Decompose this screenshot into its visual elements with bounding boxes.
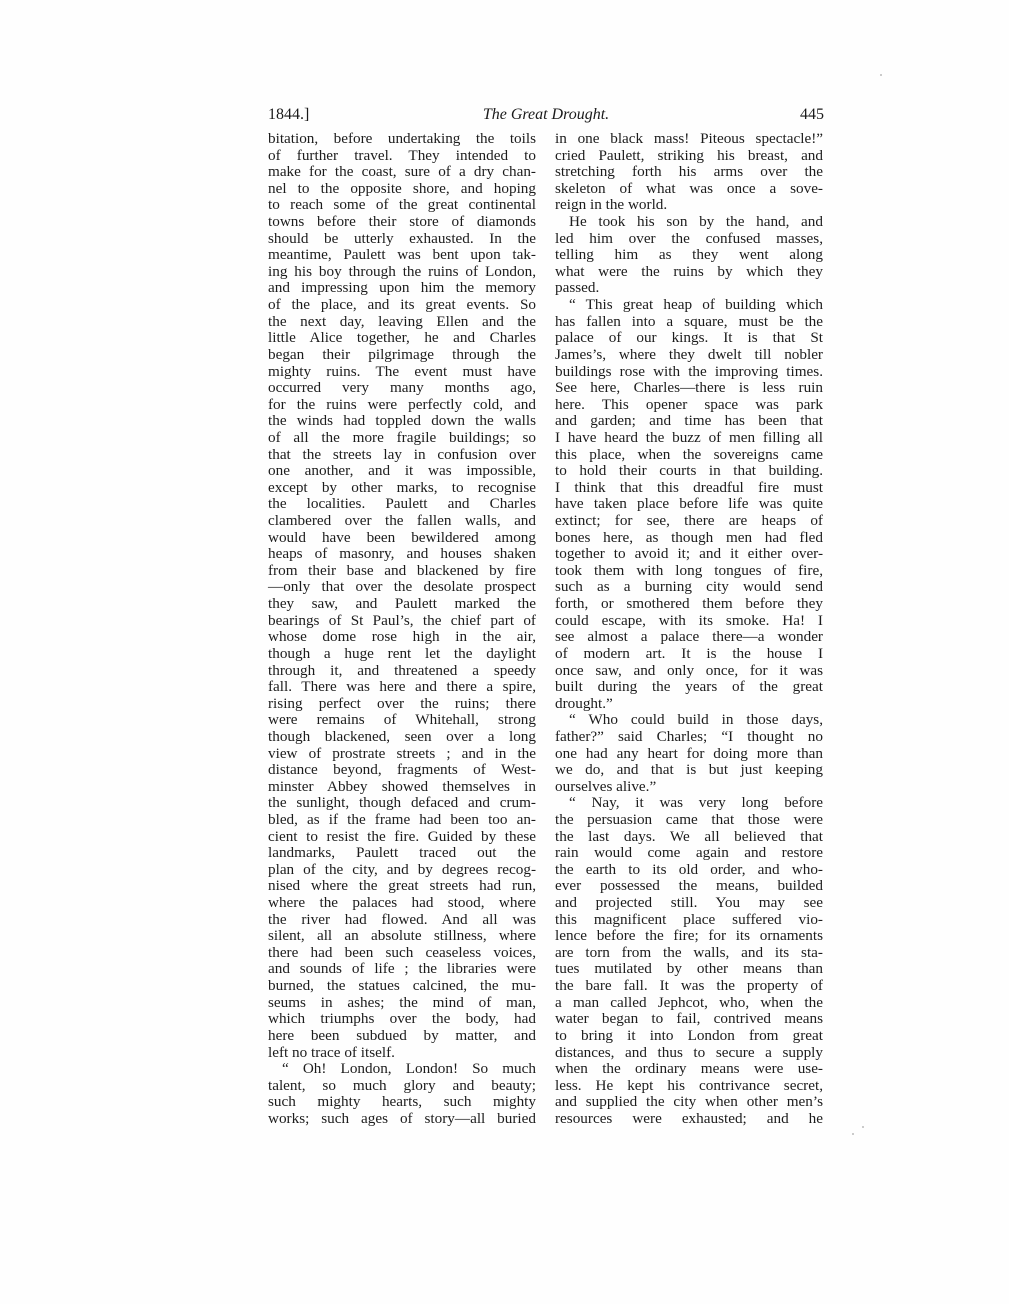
text-line: cried Paulett, striking his breast, and: [555, 148, 823, 165]
text-line: has fallen into a square, must be the: [555, 314, 823, 331]
text-line: “ Who could build in those days,: [555, 712, 823, 729]
header-title: The Great Drought.: [268, 106, 824, 124]
text-line: heaps of masonry, and houses shaken: [268, 546, 536, 563]
text-line: such as a burning city would send: [555, 579, 823, 596]
document-page: 1844.] The Great Drought. 445 bitation, …: [0, 0, 1009, 1304]
text-line: forth, or smothered them before they: [555, 596, 823, 613]
text-line: works; such ages of story—all buried: [268, 1111, 536, 1128]
text-line: to hold their courts in that building.: [555, 463, 823, 480]
text-line: there had been such ceaseless voices,: [268, 945, 536, 962]
text-line: from their base and blackened by fire: [268, 563, 536, 580]
text-line: and garden; and time has been that: [555, 413, 823, 430]
right-text-column: in one black mass! Piteous spectacle!”cr…: [555, 131, 823, 1128]
text-line: this magnificent place suffered vio-: [555, 912, 823, 929]
text-line: mighty ruins. The event must have: [268, 364, 536, 381]
text-line: this place, when the sovereigns came: [555, 447, 823, 464]
text-line: silent, all an absolute stillness, where: [268, 928, 536, 945]
text-line: we do, and that is but just keeping: [555, 762, 823, 779]
text-line: which triumphs over the body, had: [268, 1011, 536, 1028]
text-line: occurred very many months ago,: [268, 380, 536, 397]
text-line: to bring it into London from great: [555, 1028, 823, 1045]
text-line: ever possessed the means, builded: [555, 878, 823, 895]
text-line: the bare fall. It was the property of: [555, 978, 823, 995]
text-line: ourselves alive.”: [555, 779, 823, 796]
text-line: of the place, and its great events. So: [268, 297, 536, 314]
text-line: for the ruins were perfectly cold, and: [268, 397, 536, 414]
text-line: buildings rose with the improving times.: [555, 364, 823, 381]
text-line: of all the more fragile buildings; so: [268, 430, 536, 447]
page-number: 445: [800, 106, 824, 124]
text-line: would have been bewildered among: [268, 530, 536, 547]
text-line: the river had flowed. And all was: [268, 912, 536, 929]
text-line: except by other marks, to recognise: [268, 480, 536, 497]
text-line: where the palaces had stood, where: [268, 895, 536, 912]
text-line: that the streets lay in confusion over: [268, 447, 536, 464]
text-line: one had any heart for doing more than: [555, 746, 823, 763]
text-line: father?” said Charles; “I thought no: [555, 729, 823, 746]
text-line: of modern art. It is the house I: [555, 646, 823, 663]
text-line: water began to fail, contrived means: [555, 1011, 823, 1028]
text-line: “ Nay, it was very long before: [555, 795, 823, 812]
text-line: and projected still. You may see: [555, 895, 823, 912]
text-line: burned, the statues calcined, the mu-: [268, 978, 536, 995]
text-line: clambered over the fallen walls, and: [268, 513, 536, 530]
text-line: passed.: [555, 280, 823, 297]
text-line: the last days. We all believed that: [555, 829, 823, 846]
text-line: to reach some of the great continental: [268, 197, 536, 214]
text-line: rising perfect over the ruins; there: [268, 696, 536, 713]
text-line: here been subdued by matter, and: [268, 1028, 536, 1045]
text-line: the winds had toppled down the walls: [268, 413, 536, 430]
text-line: ing his boy through the ruins of London,: [268, 264, 536, 281]
text-line: I think that this dreadful fire must: [555, 480, 823, 497]
text-line: a man called Jephcot, who, when the: [555, 995, 823, 1012]
text-line: seums in ashes; the mind of man,: [268, 995, 536, 1012]
text-line: the sunlight, though defaced and crum-: [268, 795, 536, 812]
text-line: plan of the city, and by degrees recog-: [268, 862, 536, 879]
text-line: nel to the opposite shore, and hoping: [268, 181, 536, 198]
text-line: meantime, Paulett was bent upon tak-: [268, 247, 536, 264]
text-line: together to avoid it; and it either over…: [555, 546, 823, 563]
text-line: resources were exhausted; and he: [555, 1111, 823, 1128]
text-line: and sounds of life ; the libraries were: [268, 961, 536, 978]
text-line: began their pilgrimage through the: [268, 347, 536, 364]
text-line: here. This opener space was park: [555, 397, 823, 414]
text-line: the localities. Paulett and Charles: [268, 496, 536, 513]
text-line: the persuasion came that those were: [555, 812, 823, 829]
text-line: I have heard the buzz of men filling all: [555, 430, 823, 447]
text-line: reign in the world.: [555, 197, 823, 214]
text-line: tues mutilated by other means than: [555, 961, 823, 978]
text-line: talent, so much glory and beauty;: [268, 1078, 536, 1095]
running-header: 1844.] The Great Drought. 445: [268, 106, 824, 126]
text-line: the next day, leaving Ellen and the: [268, 314, 536, 331]
text-line: should be utterly exhausted. In the: [268, 231, 536, 248]
text-line: of further travel. They intended to: [268, 148, 536, 165]
text-line: He took his son by the hand, and: [555, 214, 823, 231]
text-line: towns before their store of diamonds: [268, 214, 536, 231]
text-line: fall. There was here and there a spire,: [268, 679, 536, 696]
text-line: though a huge rent let the daylight: [268, 646, 536, 663]
text-line: bled, as if the frame had been too an-: [268, 812, 536, 829]
text-line: in one black mass! Piteous spectacle!”: [555, 131, 823, 148]
scan-speck: [880, 74, 882, 76]
text-line: extinct; for see, there are heaps of: [555, 513, 823, 530]
text-line: led him over the confused masses,: [555, 231, 823, 248]
text-line: were remains of Whitehall, strong: [268, 712, 536, 729]
text-line: view of prostrate streets ; and in the: [268, 746, 536, 763]
text-line: took them with long tongues of fire,: [555, 563, 823, 580]
text-line: “ This great heap of building which: [555, 297, 823, 314]
text-line: bones here, as though men had fled: [555, 530, 823, 547]
text-line: and supplied the city when other men’s: [555, 1094, 823, 1111]
text-line: minster Abbey showed themselves in: [268, 779, 536, 796]
left-text-column: bitation, before undertaking the toilsof…: [268, 131, 536, 1128]
text-line: less. He kept his contrivance secret,: [555, 1078, 823, 1095]
text-line: distances, and thus to secure a supply: [555, 1045, 823, 1062]
text-line: distance beyond, fragments of West-: [268, 762, 536, 779]
text-line: whose dome rose high in the air,: [268, 629, 536, 646]
text-line: through it, and threatened a speedy: [268, 663, 536, 680]
text-line: lence before the fire; for its ornaments: [555, 928, 823, 945]
text-line: are torn from the walls, and its sta-: [555, 945, 823, 962]
text-line: and impressing upon him the memory: [268, 280, 536, 297]
text-line: have taken place before life was quite: [555, 496, 823, 513]
text-line: skeleton of what was once a sove-: [555, 181, 823, 198]
text-line: could escape, with its smoke. Ha! I: [555, 613, 823, 630]
text-line: left no trace of itself.: [268, 1045, 536, 1062]
text-line: little Alice together, he and Charles: [268, 330, 536, 347]
text-line: —only that over the desolate prospect: [268, 579, 536, 596]
text-line: telling him as they went along: [555, 247, 823, 264]
text-line: See here, Charles—there is less ruin: [555, 380, 823, 397]
text-line: when the ordinary means were use-: [555, 1061, 823, 1078]
scan-speck: [852, 1133, 854, 1135]
text-line: bitation, before undertaking the toils: [268, 131, 536, 148]
text-line: rain would come again and restore: [555, 845, 823, 862]
text-line: see almost a palace there—a wonder: [555, 629, 823, 646]
text-line: drought.”: [555, 696, 823, 713]
text-line: once saw, and only once, for it was: [555, 663, 823, 680]
text-line: the earth to its old order, and who-: [555, 862, 823, 879]
text-line: make for the coast, sure of a dry chan-: [268, 164, 536, 181]
text-line: cient to resist the fire. Guided by thes…: [268, 829, 536, 846]
text-line: bearings of St Paul’s, the chief part of: [268, 613, 536, 630]
text-line: nised where the great streets had run,: [268, 878, 536, 895]
text-line: built during the years of the great: [555, 679, 823, 696]
scan-speck: [862, 1126, 864, 1128]
text-line: “ Oh! London, London! So much: [268, 1061, 536, 1078]
text-line: what were the ruins by which they: [555, 264, 823, 281]
text-line: stretching forth his arms over the: [555, 164, 823, 181]
text-line: James’s, where they dwelt till nobler: [555, 347, 823, 364]
text-line: landmarks, Paulett traced out the: [268, 845, 536, 862]
text-line: one another, and it was impossible,: [268, 463, 536, 480]
text-line: such mighty hearts, such mighty: [268, 1094, 536, 1111]
text-line: though blackened, seen over a long: [268, 729, 536, 746]
text-line: palace of our kings. It is that St: [555, 330, 823, 347]
text-line: they saw, and Paulett marked the: [268, 596, 536, 613]
